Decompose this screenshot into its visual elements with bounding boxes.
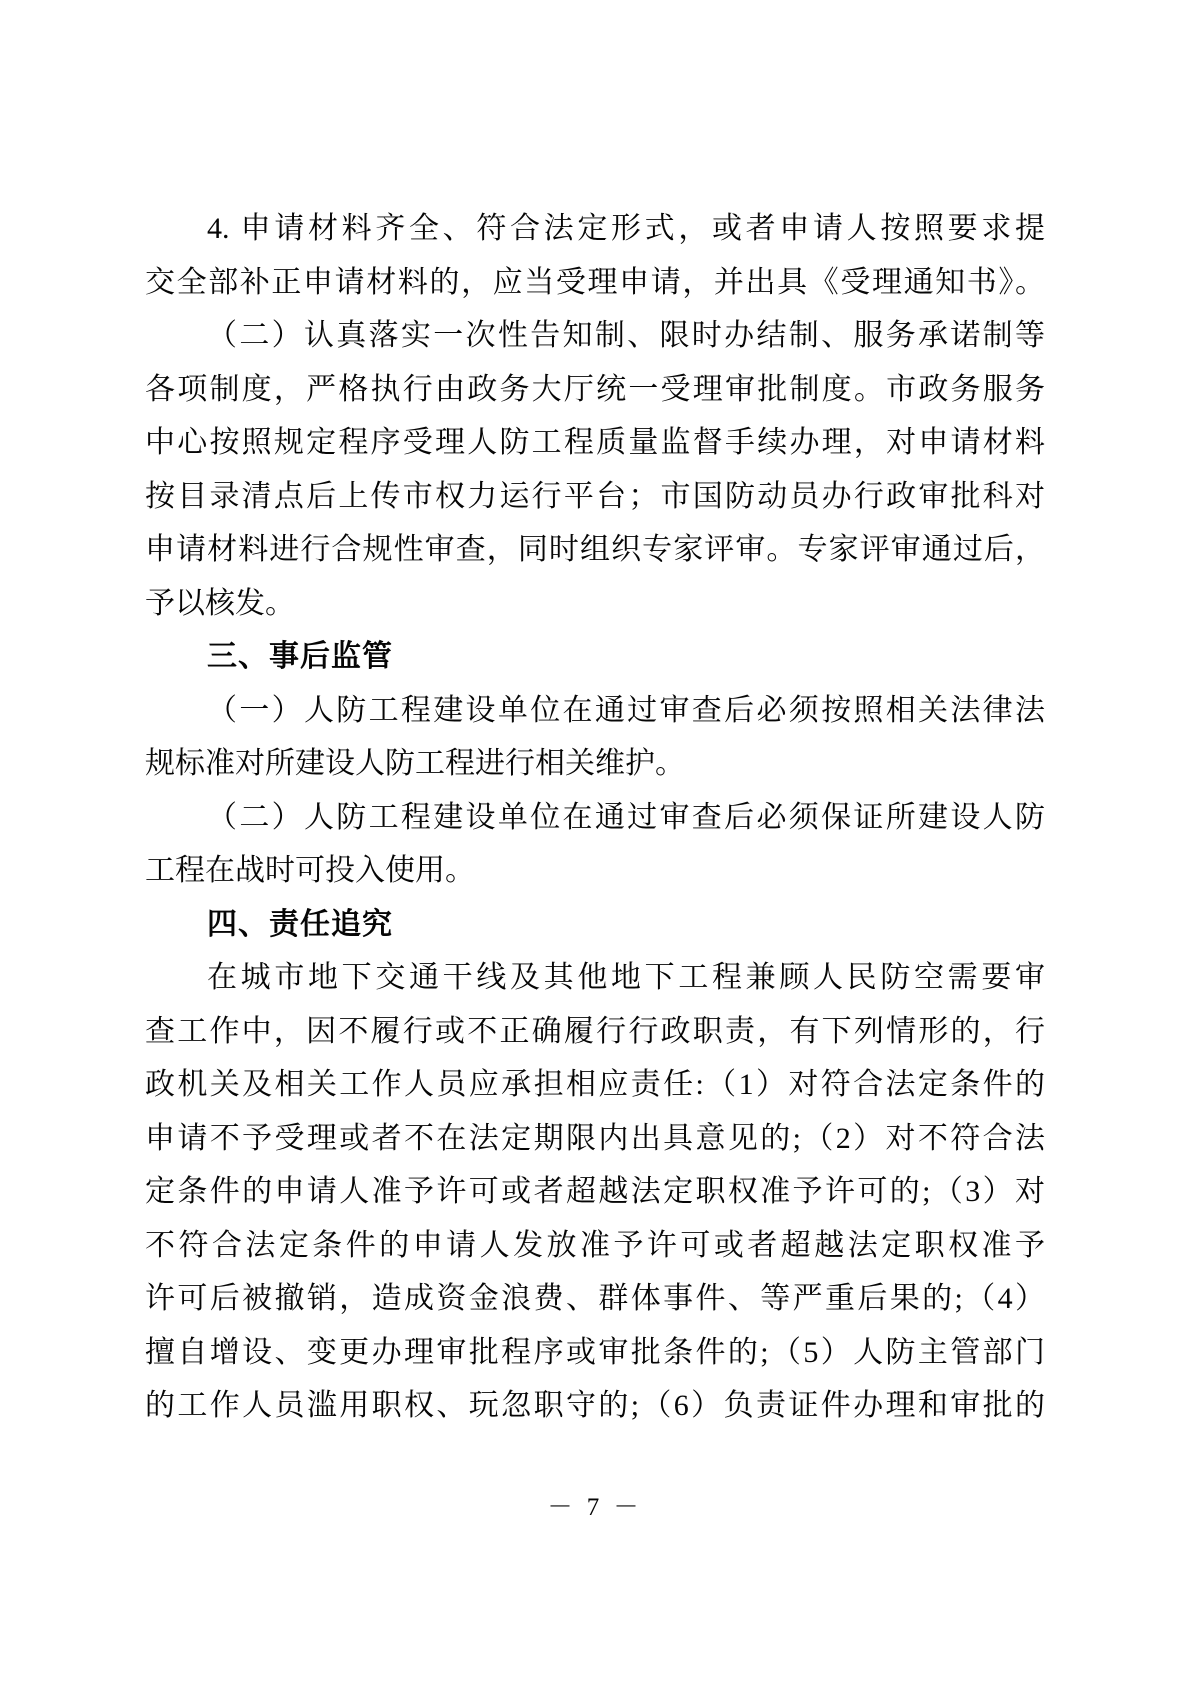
paragraph-line: （一）人防工程建设单位在通过审查后必须按照相关法律法 <box>145 684 1045 738</box>
paragraph-line: 在城市地下交通干线及其他地下工程兼顾人民防空需要审 <box>145 951 1045 1005</box>
page-footer: － 7 － <box>0 1492 1190 1524</box>
paragraph-line: 予以核发。 <box>145 577 1045 631</box>
document-page: 4. 申请材料齐全、符合法定形式，或者申请人按照要求提 交全部补正申请材料的，应… <box>0 0 1190 1683</box>
paragraph-line: 按目录清点后上传市权力运行平台；市国防动员办行政审批科对 <box>145 470 1045 524</box>
paragraph-line: （二）认真落实一次性告知制、限时办结制、服务承诺制等 <box>145 309 1045 363</box>
paragraph-line: 查工作中，因不履行或不正确履行行政职责，有下列情形的，行 <box>145 1005 1045 1059</box>
page-number: － 7 － <box>547 1494 642 1521</box>
paragraph-line: 交全部补正申请材料的，应当受理申请，并出具《受理通知书》。 <box>145 256 1045 310</box>
paragraph-line: （二）人防工程建设单位在通过审查后必须保证所建设人防 <box>145 791 1045 845</box>
paragraph-line: 许可后被撤销，造成资金浪费、群体事件、等严重后果的;（4） <box>145 1272 1045 1326</box>
section-heading-accountability: 四、责任追究 <box>145 898 1045 952</box>
paragraph-line: 申请材料进行合规性审查，同时组织专家评审。专家评审通过后， <box>145 523 1045 577</box>
paragraph-line: 政机关及相关工作人员应承担相应责任:（1）对符合法定条件的 <box>145 1058 1045 1112</box>
section-heading-post-supervision: 三、事后监管 <box>145 630 1045 684</box>
document-content: 4. 申请材料齐全、符合法定形式，或者申请人按照要求提 交全部补正申请材料的，应… <box>145 202 1045 1433</box>
paragraph-line: 中心按照规定程序受理人防工程质量监督手续办理，对申请材料 <box>145 416 1045 470</box>
paragraph-line: 各项制度，严格执行由政务大厅统一受理审批制度。市政务服务 <box>145 363 1045 417</box>
paragraph-line: 不符合法定条件的申请人发放准予许可或者超越法定职权准予 <box>145 1219 1045 1273</box>
paragraph-line: 定条件的申请人准予许可或者超越法定职权准予许可的;（3）对 <box>145 1165 1045 1219</box>
paragraph-line: 工程在战时可投入使用。 <box>145 844 1045 898</box>
paragraph-line: 申请不予受理或者不在法定期限内出具意见的;（2）对不符合法 <box>145 1112 1045 1166</box>
paragraph-line: 擅自增设、变更办理审批程序或审批条件的;（5）人防主管部门 <box>145 1326 1045 1380</box>
paragraph-line: 的工作人员滥用职权、玩忽职守的;（6）负责证件办理和审批的 <box>145 1379 1045 1433</box>
paragraph-line: 规标准对所建设人防工程进行相关维护。 <box>145 737 1045 791</box>
paragraph-line: 4. 申请材料齐全、符合法定形式，或者申请人按照要求提 <box>145 202 1045 256</box>
